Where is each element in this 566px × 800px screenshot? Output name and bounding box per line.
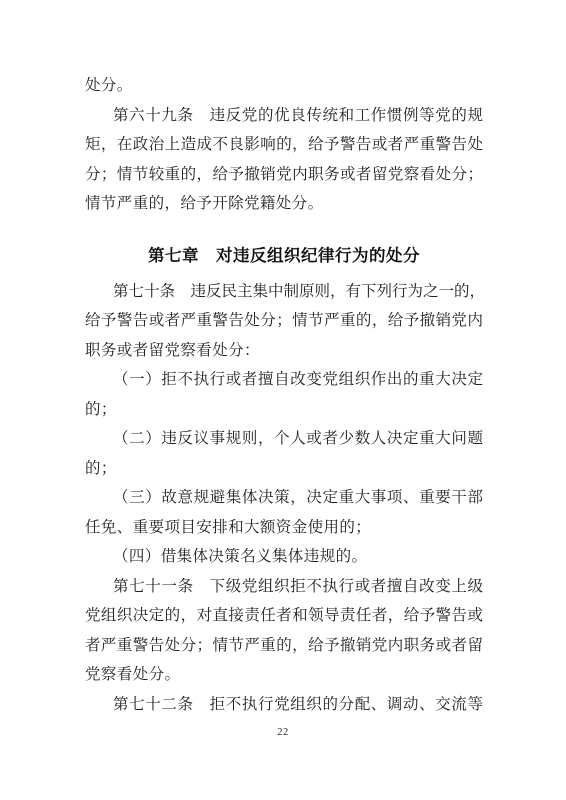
paragraph: 第七十二条 拒不执行党组织的分配、调动、交流等 xyxy=(85,690,483,720)
text-line: 给予警告或者严重警告处分；情节严重的，给予撤销党内 xyxy=(85,306,483,336)
paragraph: 第六十九条 违反党的优良传统和工作惯例等党的规矩，在政治上造成不良影响的，给予警… xyxy=(85,101,483,219)
page-number: 22 xyxy=(0,727,566,738)
text-line: 矩，在政治上造成不良影响的，给予警告或者严重警告处 xyxy=(85,130,483,160)
paragraph: 处分。 xyxy=(85,71,483,101)
text-line: 第七十一条 下级党组织拒不执行或者擅自改变上级 xyxy=(85,572,483,602)
paragraph: （一）拒不执行或者擅自改变党组织作出的重大决定的； xyxy=(85,365,483,424)
document-content: 处分。第六十九条 违反党的优良传统和工作惯例等党的规矩，在政治上造成不良影响的，… xyxy=(0,0,566,719)
text-line: 处分。 xyxy=(85,71,483,101)
text-line: 职务或者留党察看处分： xyxy=(85,336,483,366)
text-line: （三）故意规避集体决策，决定重大事项、重要干部 xyxy=(85,483,483,513)
paragraph: （四）借集体决策名义集体违规的。 xyxy=(85,542,483,572)
text-line: 党组织决定的，对直接责任者和领导责任者，给予警告或 xyxy=(85,601,483,631)
text-line: 分；情节较重的，给予撤销党内职务或者留党察看处分； xyxy=(85,160,483,190)
text-line: （一）拒不执行或者擅自改变党组织作出的重大决定 xyxy=(85,365,483,395)
text-line: 第六十九条 违反党的优良传统和工作惯例等党的规 xyxy=(85,101,483,131)
text-line: 第七十二条 拒不执行党组织的分配、调动、交流等 xyxy=(85,690,483,720)
text-line: 的； xyxy=(85,454,483,484)
chapter-heading: 第七章 对违反组织纪律行为的处分 xyxy=(85,242,483,271)
text-line: （四）借集体决策名义集体违规的。 xyxy=(85,542,483,572)
text-line: 党察看处分。 xyxy=(85,660,483,690)
text-line: 第七十条 违反民主集中制原则，有下列行为之一的， xyxy=(85,277,483,307)
paragraph: （二）违反议事规则，个人或者少数人决定重大问题的； xyxy=(85,424,483,483)
text-line: 者严重警告处分；情节严重的，给予撤销党内职务或者留 xyxy=(85,631,483,661)
text-line: 的； xyxy=(85,395,483,425)
text-line: 情节严重的，给予开除党籍处分。 xyxy=(85,189,483,219)
document-page: 处分。第六十九条 违反党的优良传统和工作惯例等党的规矩，在政治上造成不良影响的，… xyxy=(0,0,566,800)
paragraph: 第七十条 违反民主集中制原则，有下列行为之一的，给予警告或者严重警告处分；情节严… xyxy=(85,277,483,366)
text-line: （二）违反议事规则，个人或者少数人决定重大问题 xyxy=(85,424,483,454)
text-line: 任免、重要项目安排和大额资金使用的； xyxy=(85,513,483,543)
paragraph: （三）故意规避集体决策，决定重大事项、重要干部任免、重要项目安排和大额资金使用的… xyxy=(85,483,483,542)
paragraph: 第七十一条 下级党组织拒不执行或者擅自改变上级党组织决定的，对直接责任者和领导责… xyxy=(85,572,483,690)
